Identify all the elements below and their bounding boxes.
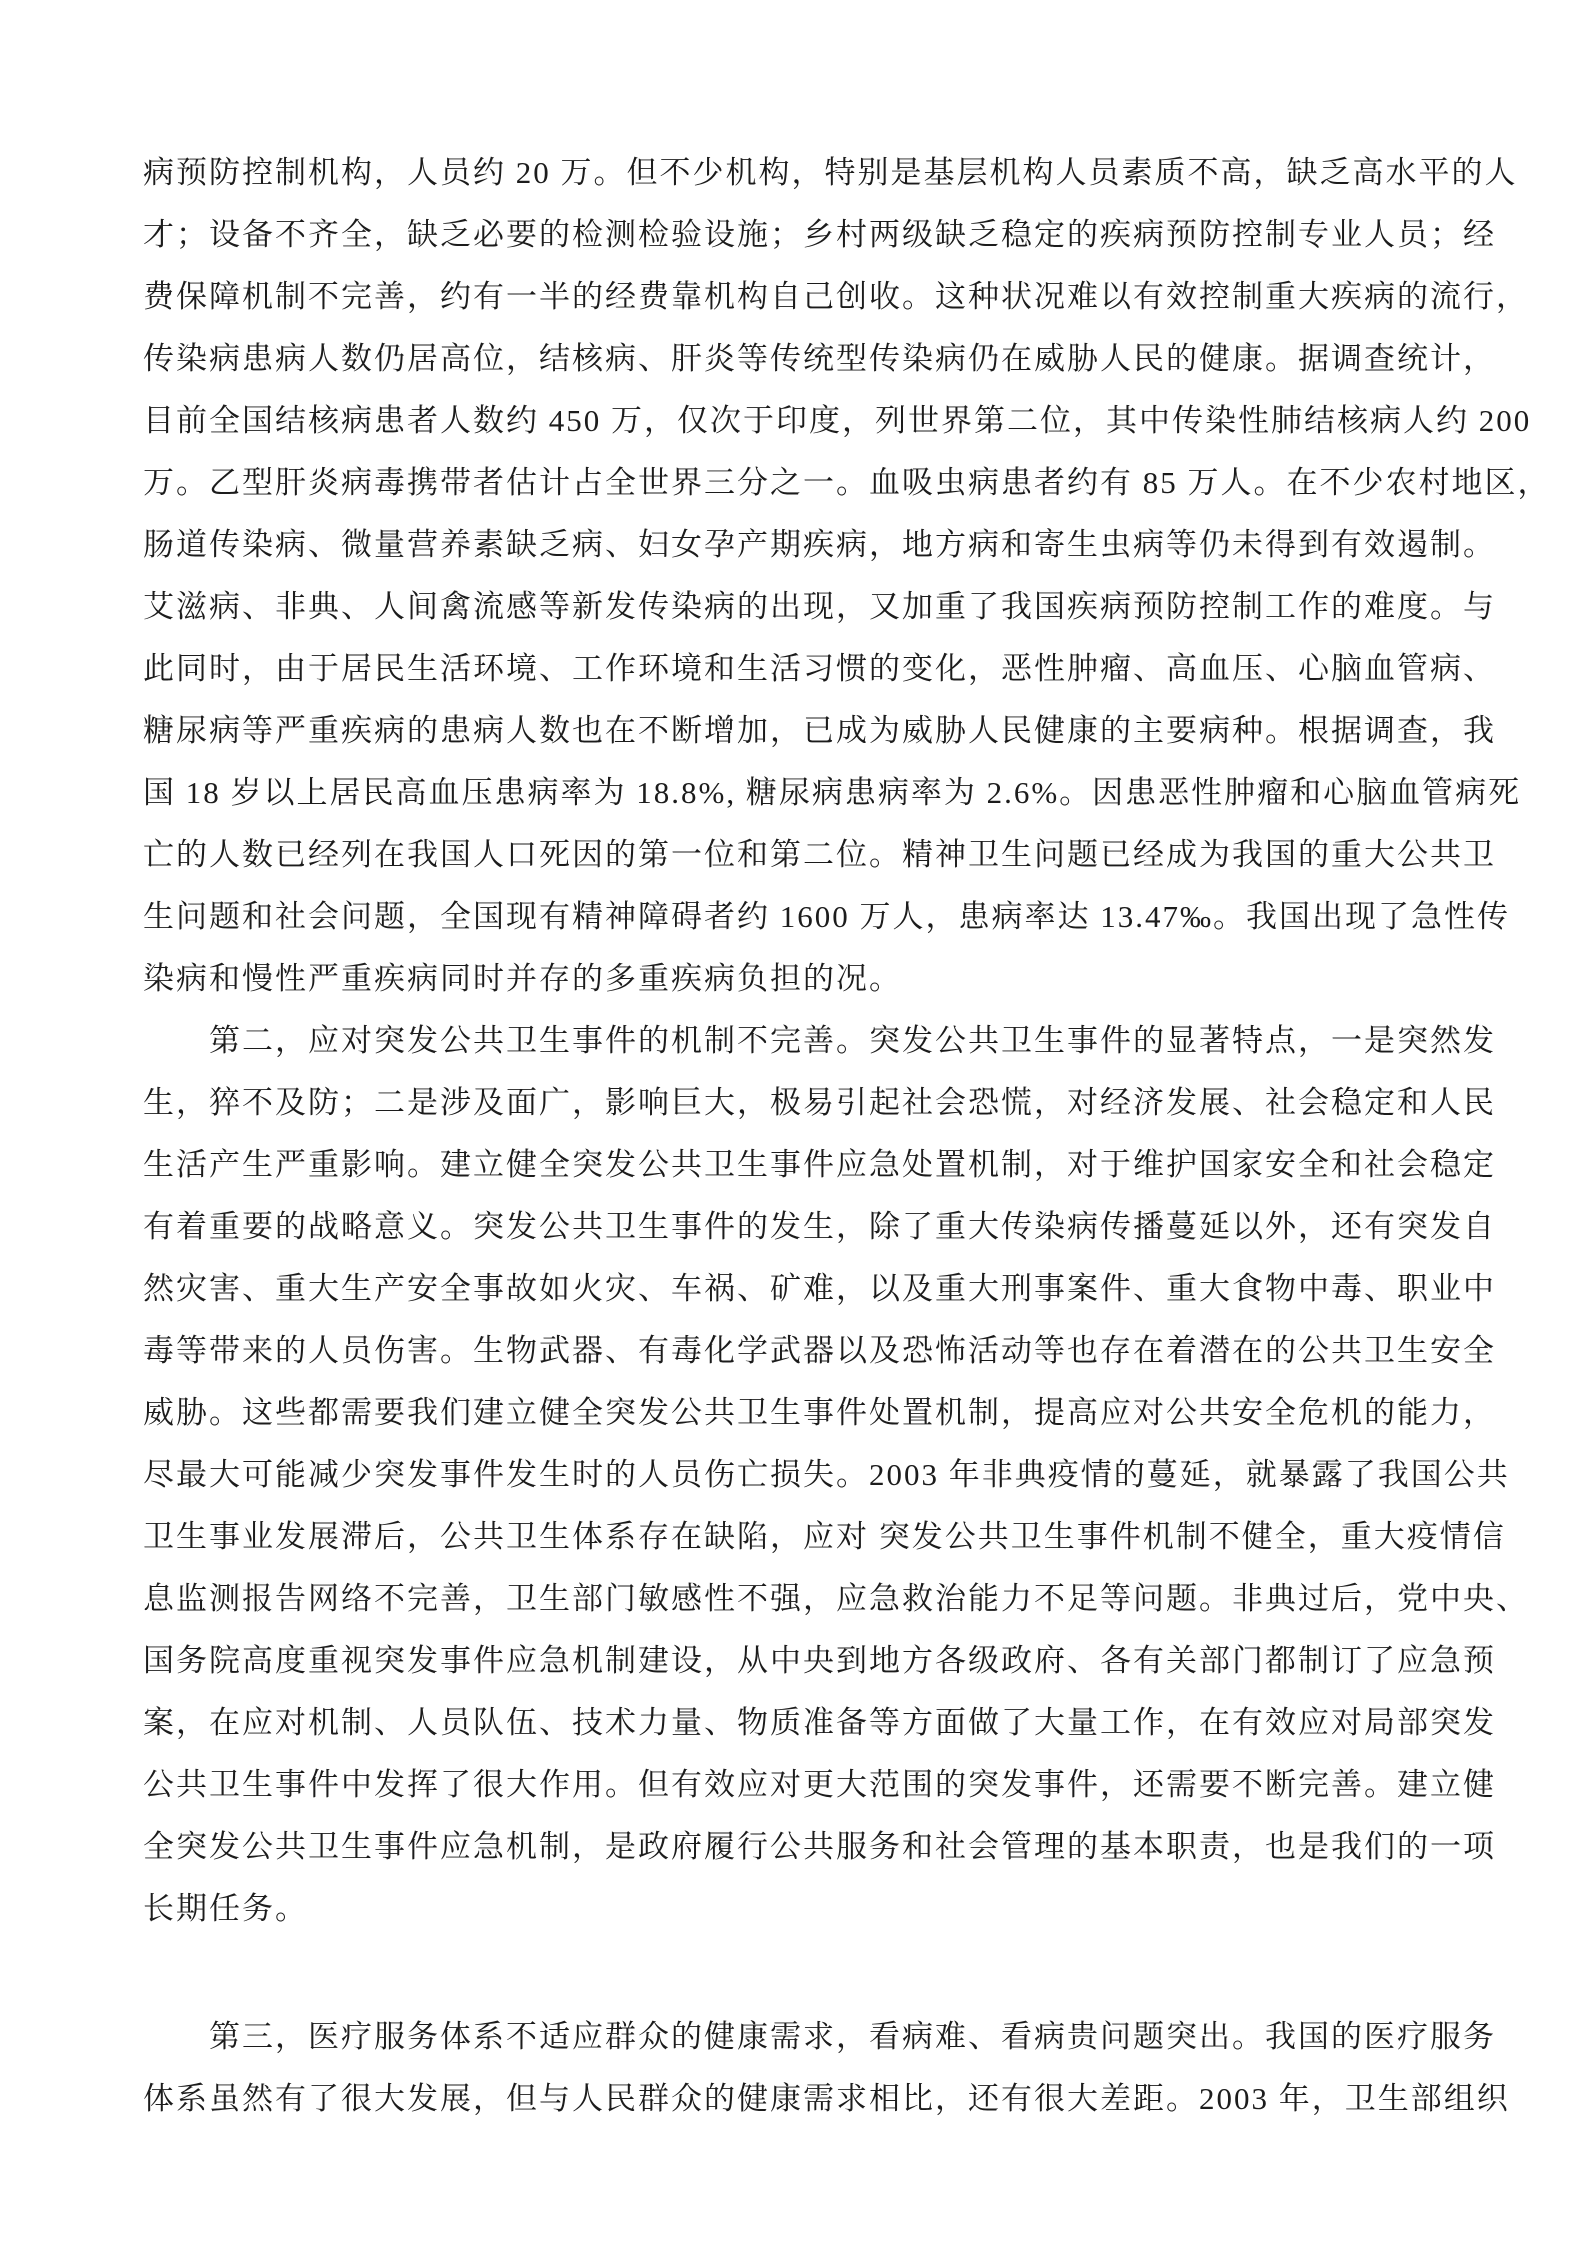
text-block: 病预防控制机构，人员约 20 万。但不少机构，特别是基层机构人员素质不高，缺乏高… [143,142,1485,2130]
text-line: 才；设备不齐全，缺乏必要的检测检验设施；乡村两级缺乏稳定的疾病预防控制专业人员；… [143,204,1485,266]
document-page: 病预防控制机构，人员约 20 万。但不少机构，特别是基层机构人员素质不高，缺乏高… [0,0,1594,2252]
text-line: 生活产生严重影响。建立健全突发公共卫生事件应急处置机制，对于维护国家安全和社会稳… [143,1134,1485,1196]
text-line: 有着重要的战略意义。突发公共卫生事件的发生，除了重大传染病传播蔓延以外，还有突发… [143,1196,1485,1258]
text-line: 卫生事业发展滞后，公共卫生体系存在缺陷，应对 突发公共卫生事件机制不健全，重大疫… [143,1506,1485,1568]
text-line: 艾滋病、非典、人间禽流感等新发传染病的出现，又加重了我国疾病预防控制工作的难度。… [143,576,1485,638]
text-line: 体系虽然有了很大发展，但与人民群众的健康需求相比，还有很大差距。2003 年，卫… [143,2068,1485,2130]
paragraph-gap [143,1940,1485,2006]
paragraph-disease-prevention: 病预防控制机构，人员约 20 万。但不少机构，特别是基层机构人员素质不高，缺乏高… [143,142,1485,1010]
text-line: 肠道传染病、微量营养素缺乏病、妇女孕产期疾病，地方病和寄生虫病等仍未得到有效遏制… [143,514,1485,576]
text-line: 然灾害、重大生产安全事故如火灾、车祸、矿难，以及重大刑事案件、重大食物中毒、职业… [143,1258,1485,1320]
paragraph-second-point-emergency-mechanism: 第二，应对突发公共卫生事件的机制不完善。突发公共卫生事件的显著特点，一是突然发 … [143,1010,1485,1940]
text-line: 染病和慢性严重疾病同时并存的多重疾病负担的况。 [143,948,1485,1010]
text-line: 生问题和社会问题，全国现有精神障碍者约 1600 万人，患病率达 13.47‰。… [143,886,1485,948]
text-line: 国务院高度重视突发事件应急机制建设，从中央到地方各级政府、各有关部门都制订了应急… [143,1630,1485,1692]
text-line: 长期任务。 [143,1878,1485,1940]
text-line: 公共卫生事件中发挥了很大作用。但有效应对更大范围的突发事件，还需要不断完善。建立… [143,1754,1485,1816]
text-line: 生，猝不及防；二是涉及面广，影响巨大，极易引起社会恐慌，对经济发展、社会稳定和人… [143,1072,1485,1134]
text-line: 传染病患病人数仍居高位，结核病、肝炎等传统型传染病仍在威胁人民的健康。据调查统计… [143,328,1485,390]
text-line: 第三，医疗服务体系不适应群众的健康需求，看病难、看病贵问题突出。我国的医疗服务 [143,2006,1485,2068]
text-line: 病预防控制机构，人员约 20 万。但不少机构，特别是基层机构人员素质不高，缺乏高… [143,142,1485,204]
text-line: 费保障机制不完善，约有一半的经费靠机构自己创收。这种状况难以有效控制重大疾病的流… [143,266,1485,328]
text-line: 第二，应对突发公共卫生事件的机制不完善。突发公共卫生事件的显著特点，一是突然发 [143,1010,1485,1072]
text-line: 亡的人数已经列在我国人口死因的第一位和第二位。精神卫生问题已经成为我国的重大公共… [143,824,1485,886]
text-line: 万。乙型肝炎病毒携带者估计占全世界三分之一。血吸虫病患者约有 85 万人。在不少… [143,452,1485,514]
text-line: 案，在应对机制、人员队伍、技术力量、物质准备等方面做了大量工作，在有效应对局部突… [143,1692,1485,1754]
paragraph-third-point-medical-service: 第三，医疗服务体系不适应群众的健康需求，看病难、看病贵问题突出。我国的医疗服务 … [143,2006,1485,2130]
text-line: 国 18 岁以上居民高血压患病率为 18.8%, 糖尿病患病率为 2.6%。因患… [143,762,1485,824]
text-line: 目前全国结核病患者人数约 450 万，仅次于印度，列世界第二位，其中传染性肺结核… [143,390,1485,452]
text-line: 糖尿病等严重疾病的患病人数也在不断增加，已成为威胁人民健康的主要病种。根据调查，… [143,700,1485,762]
text-line: 息监测报告网络不完善，卫生部门敏感性不强，应急救治能力不足等问题。非典过后，党中… [143,1568,1485,1630]
text-line: 尽最大可能减少突发事件发生时的人员伤亡损失。2003 年非典疫情的蔓延，就暴露了… [143,1444,1485,1506]
text-line: 全突发公共卫生事件应急机制，是政府履行公共服务和社会管理的基本职责，也是我们的一… [143,1816,1485,1878]
text-line: 毒等带来的人员伤害。生物武器、有毒化学武器以及恐怖活动等也存在着潜在的公共卫生安… [143,1320,1485,1382]
text-line: 此同时，由于居民生活环境、工作环境和生活习惯的变化，恶性肿瘤、高血压、心脑血管病… [143,638,1485,700]
text-line: 威胁。这些都需要我们建立健全突发公共卫生事件处置机制，提高应对公共安全危机的能力… [143,1382,1485,1444]
